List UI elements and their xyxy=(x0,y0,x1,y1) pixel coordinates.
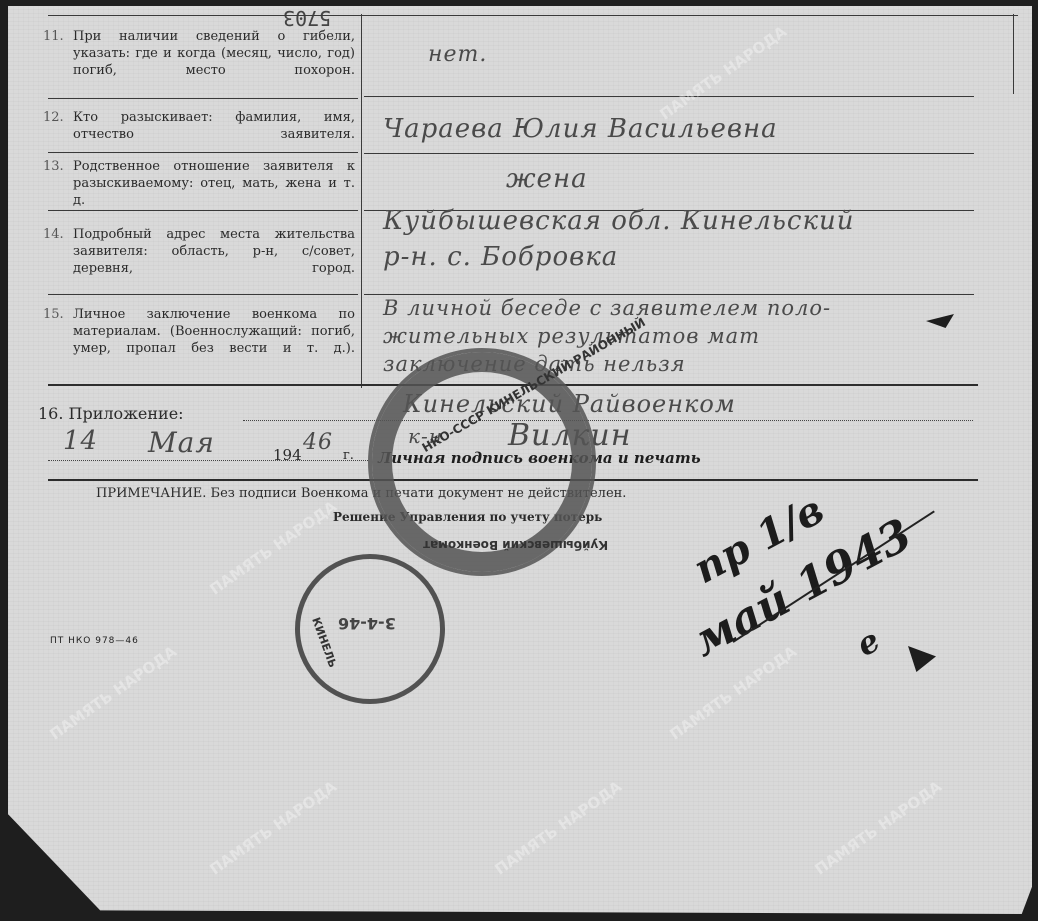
row-divider xyxy=(48,210,358,211)
stamp-text-bottom: Куйбышевский Военкомат xyxy=(423,538,608,552)
label-text: При наличии сведений о гибели, указать: … xyxy=(73,29,355,78)
row-15-value-line2: жительных результатов мат xyxy=(383,324,760,348)
watermark: ПАМЯТЬ НАРОДА xyxy=(208,779,339,877)
appendix-label: 16. Приложение: xyxy=(38,404,184,423)
top-rule xyxy=(48,15,1018,16)
label-text: Личное заключение военкома по материалам… xyxy=(73,307,355,356)
document-paper: 5703 11. При наличии сведений о гибели, … xyxy=(8,6,1032,914)
value-line xyxy=(364,294,974,295)
row-number: 11. xyxy=(43,28,64,45)
date-dotted-line xyxy=(48,460,368,461)
serial-number: 5703 xyxy=(283,6,331,30)
label-text: Кто разыскивает: фамилия, имя, отчество … xyxy=(73,110,355,142)
label-text: Подробный адрес места жительства заявите… xyxy=(73,227,355,276)
watermark: ПАМЯТЬ НАРОДА xyxy=(493,779,624,877)
row-15-value-line1: В личной беседе с заявителем поло- xyxy=(383,296,831,320)
row-number: 13. xyxy=(43,158,64,175)
row-15-label: 15. Личное заключение военкома по матери… xyxy=(73,306,355,357)
watermark: ПАМЯТЬ НАРОДА xyxy=(658,24,789,122)
watermark: ПАМЯТЬ НАРОДА xyxy=(668,644,799,742)
paper-tear xyxy=(908,646,936,672)
row-14-label: 14. Подробный адрес места жительства зая… xyxy=(73,226,355,277)
column-divider xyxy=(361,14,362,388)
right-edge-line xyxy=(1013,14,1014,94)
form-code: ПТ НКО 978—46 xyxy=(50,636,139,646)
row-number: 12. xyxy=(43,109,64,126)
paper-tear xyxy=(926,314,954,328)
row-11-label: 11. При наличии сведений о гибели, указа… xyxy=(73,28,355,79)
watermark: ПАМЯТЬ НАРОДА xyxy=(813,779,944,877)
row-12-label: 12. Кто разыскивает: фамилия, имя, отчес… xyxy=(73,109,355,143)
row-number: 15. xyxy=(43,306,64,323)
row-14-value-line1: Куйбышевская обл. Кинельский xyxy=(383,206,855,236)
date-month: Мая xyxy=(148,426,215,459)
row-13-value: жена xyxy=(506,164,588,194)
label-text: Родственное отношение заявителя к разыск… xyxy=(73,159,355,208)
row-12-value: Чараева Юлия Васильевна xyxy=(383,114,778,144)
row-divider xyxy=(48,294,358,295)
year-unit: г. xyxy=(343,448,354,463)
row-14-value-line2: р-н. с. Бобровка xyxy=(383,242,618,272)
resolution-initials: е xyxy=(850,621,886,664)
row-divider xyxy=(48,152,358,153)
postal-stamp-date: 3-4-46 xyxy=(338,614,396,633)
row-13-label: 13. Родственное отношение заявителя к ра… xyxy=(73,158,355,209)
row-divider xyxy=(48,98,358,99)
date-day: 14 xyxy=(63,426,98,456)
row-number: 14. xyxy=(43,226,64,243)
row-11-value: нет. xyxy=(428,42,487,67)
value-line xyxy=(364,153,974,154)
date-year-hand: 46 xyxy=(303,430,333,455)
watermark: ПАМЯТЬ НАРОДА xyxy=(48,644,179,742)
value-line xyxy=(364,96,974,97)
date-year-prefix: 194 xyxy=(273,446,302,464)
